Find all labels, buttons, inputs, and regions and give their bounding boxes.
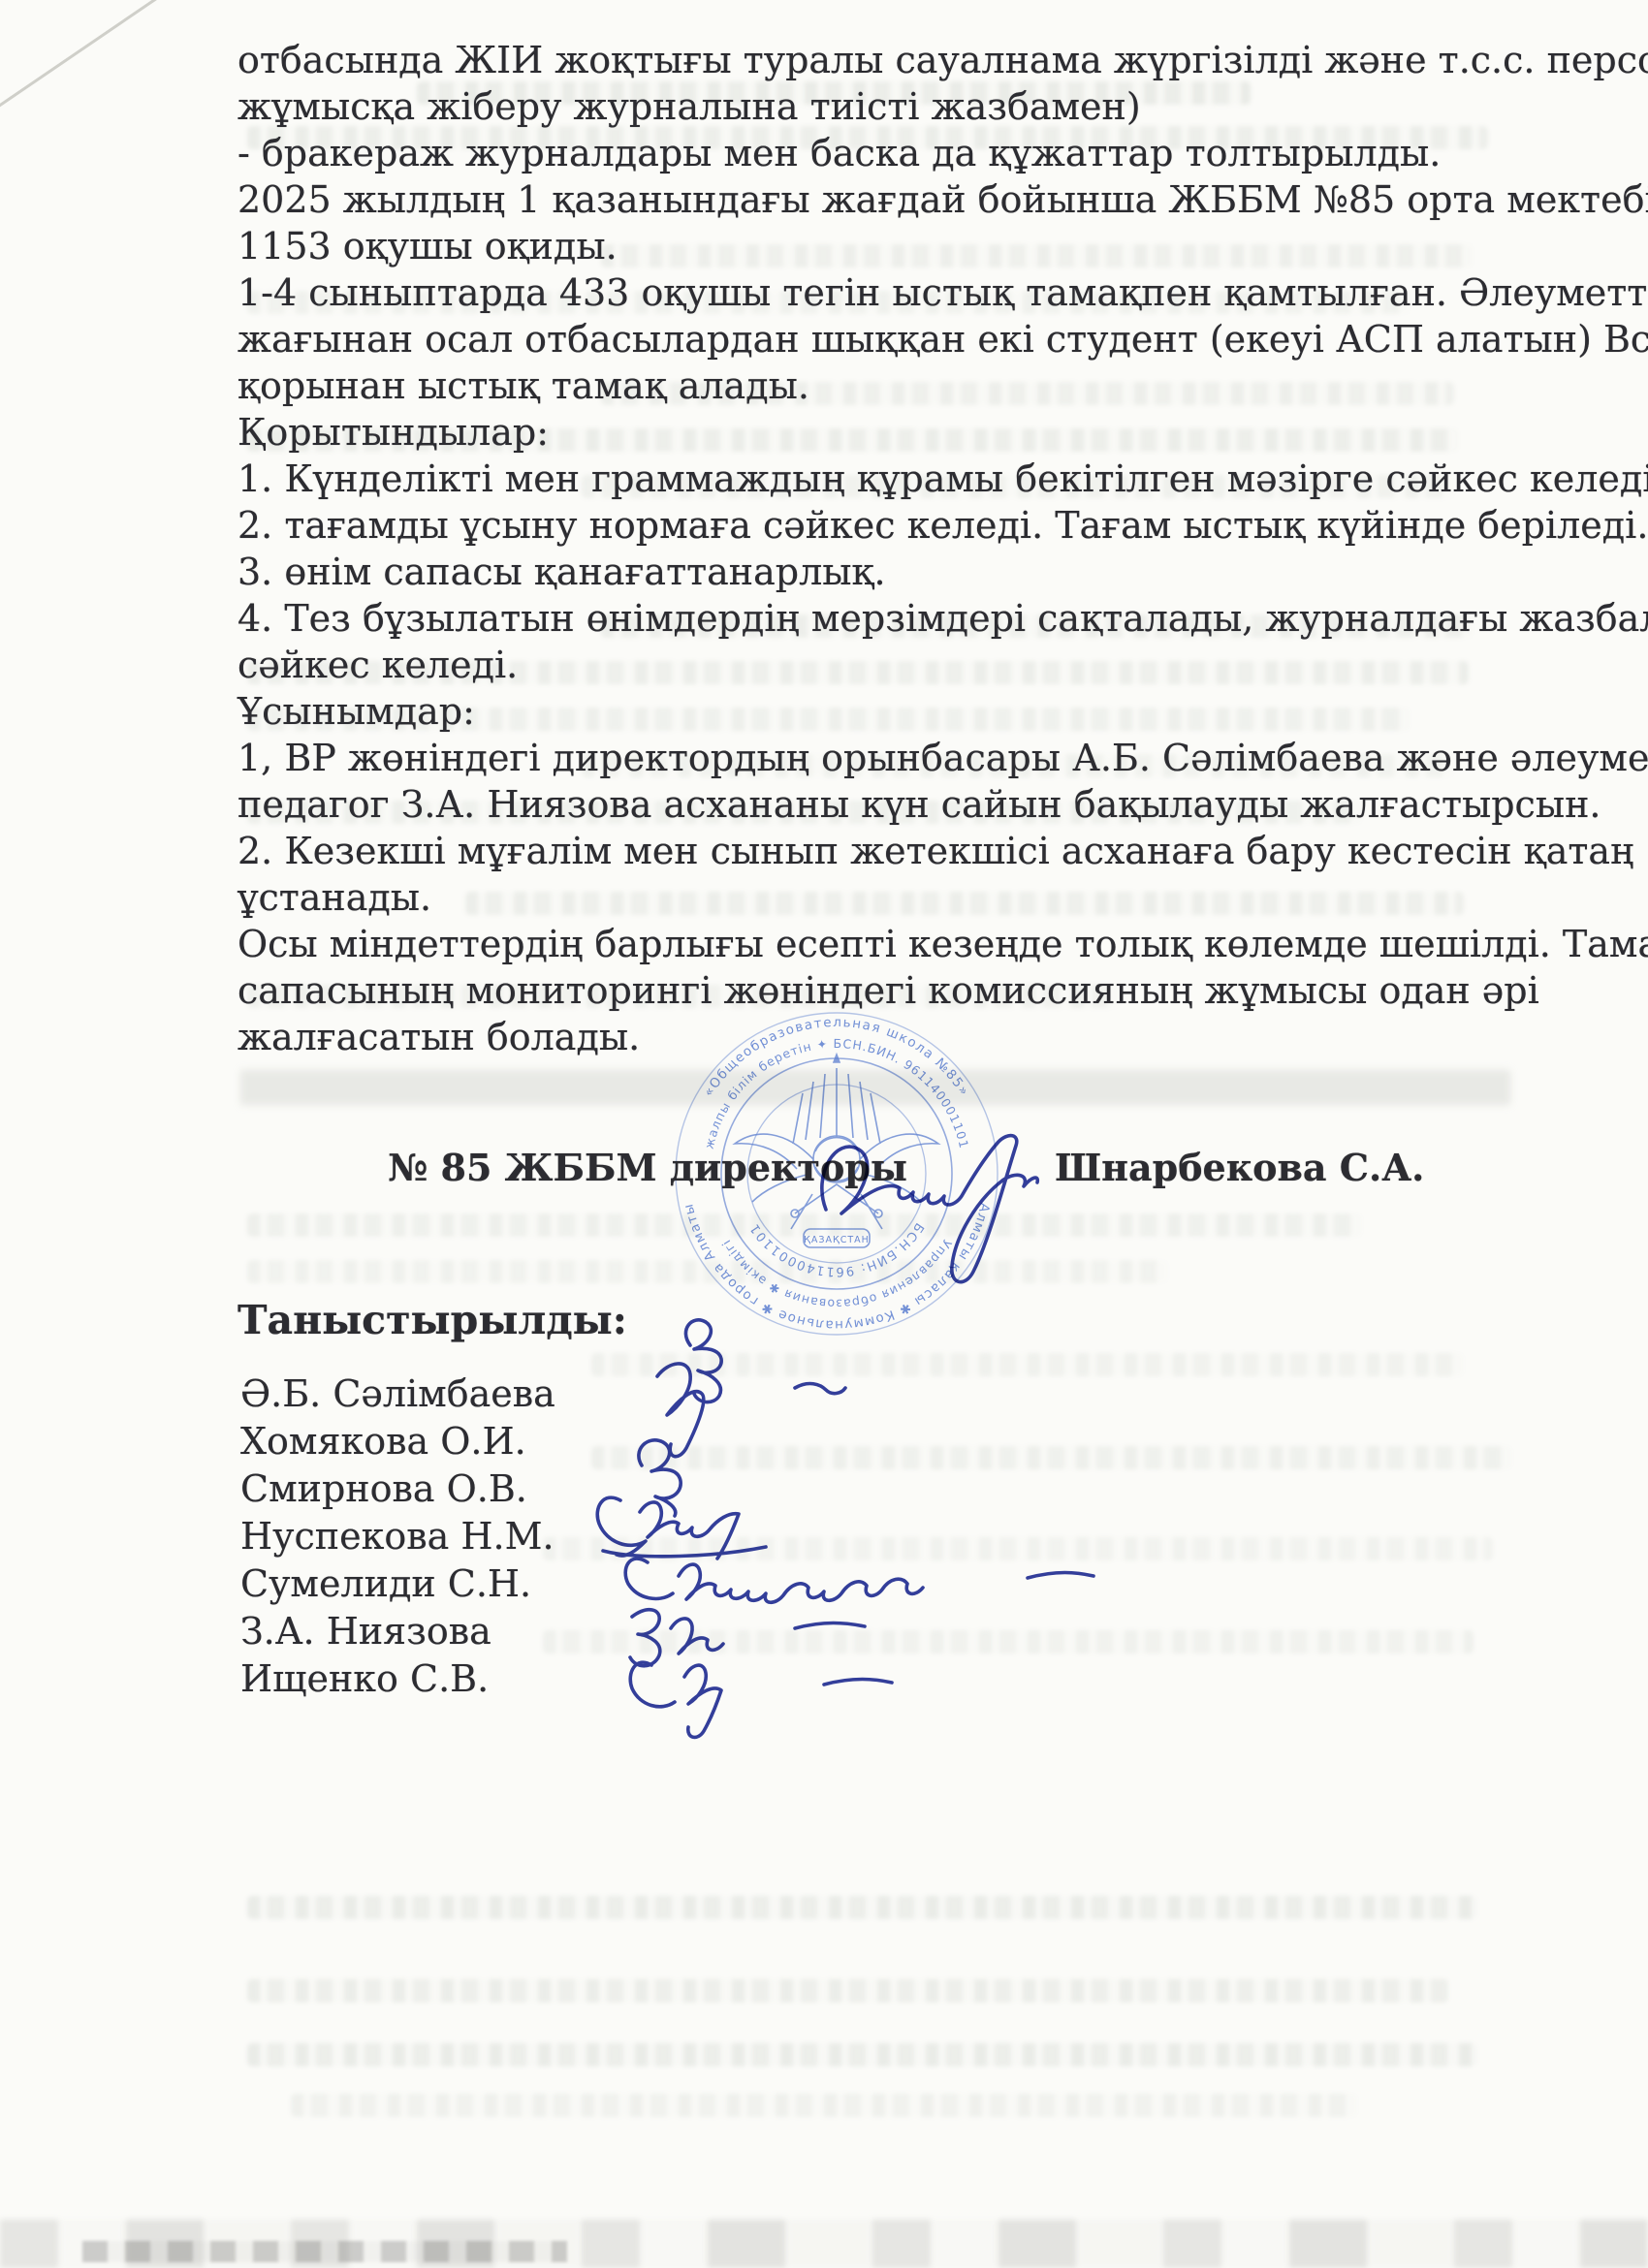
body-line: 3. өнім сапасы қанағаттанарлық. <box>238 549 886 595</box>
body-line: ұстанады. <box>238 874 431 921</box>
bleed-through-line <box>247 1896 1478 1919</box>
director-signature-row: № 85 ЖББМ директоры Шнарбекова С.А. <box>0 1146 1648 1204</box>
signature-ishchenko-dash <box>824 1680 892 1685</box>
body-line: 1-4 сыныптарда 433 оқушы тегін ыстық там… <box>238 269 1648 316</box>
signature-ishchenko <box>630 1662 721 1737</box>
page-fold-line <box>0 0 163 109</box>
body-line: Қорытындылар: <box>238 409 549 456</box>
scan-edge-artifact <box>82 2241 567 2262</box>
scanned-document-page: «Общеобразовательная школа №85» Алматы қ… <box>0 0 1648 2268</box>
signature-sumelidi <box>625 1559 923 1602</box>
bleed-through-line <box>543 1630 1474 1654</box>
body-line: сәйкес келеді. <box>238 642 518 688</box>
signature-khomyakova <box>657 1364 704 1457</box>
bleed-through-line <box>291 2094 1357 2117</box>
signatory-name: Ищенко С.В. <box>240 1657 489 1700</box>
emblem-star-icon <box>834 1055 840 1062</box>
bleed-through-line <box>247 2043 1478 2066</box>
signatory-name: Хомякова О.И. <box>240 1420 526 1463</box>
body-line: 2025 жылдың 1 қазанындағы жағдай бойынша… <box>238 176 1648 223</box>
signatory-name: Ә.Б. Сәлімбаева <box>240 1372 555 1415</box>
bleed-through-line <box>543 1537 1493 1560</box>
body-line: Осы міндеттердің барлығы есепті кезеңде … <box>238 921 1648 967</box>
body-line: 1, ВР жөніндегі директордың орынбасары А… <box>238 735 1648 781</box>
body-line: - бракераж журналдары мен баска да құжат… <box>238 130 1441 176</box>
body-line: Ұсынымдар: <box>238 688 475 735</box>
bleed-through-line <box>601 244 1474 268</box>
body-line: 1153 оқушы оқиды. <box>238 223 618 269</box>
signatory-name: Нуспекова Н.М. <box>240 1515 555 1558</box>
bleed-through-line <box>465 892 1464 915</box>
body-line: сапасының мониторингі жөніндегі комиссия… <box>238 967 1539 1014</box>
body-line: отбасында ЖІИ жоқтығы туралы сауалнама ж… <box>238 37 1648 83</box>
signatory-name: З.А. Ниязова <box>240 1610 491 1653</box>
acknowledged-heading: Таныстырылды: <box>238 1297 627 1343</box>
body-line: 1. Күнделікті мен граммаждың құрамы бекі… <box>238 456 1648 502</box>
signature-khomyakova-flourish <box>795 1384 845 1394</box>
body-line: қорынан ыстық тамақ алады. <box>238 362 809 409</box>
body-line: жұмысқа жіберу журналына тиісті жазбамен… <box>238 83 1141 130</box>
body-line: жағынан осал отбасылардан шыққан екі сту… <box>238 316 1648 362</box>
director-name: Шнарбекова С.А. <box>1055 1146 1424 1189</box>
signatory-name: Сумелиди С.Н. <box>240 1562 531 1605</box>
signature-sumelidi-dash <box>1028 1573 1093 1579</box>
body-line: 4. Тез бұзылатын өнімдердің мерзімдері с… <box>238 595 1648 642</box>
stamp-center-label: ҚАЗАҚСТАН <box>804 1235 870 1245</box>
bleed-through-line <box>247 1979 1449 2002</box>
signatory-name: Смирнова О.В. <box>240 1467 527 1510</box>
body-line: педагог З.А. Ниязова асхананы күн сайын … <box>238 781 1600 828</box>
director-title: № 85 ЖББМ директоры <box>388 1146 907 1189</box>
body-line: жалғасатын болады. <box>238 1014 640 1060</box>
bleed-through-line <box>591 1446 1512 1469</box>
body-line: 2. тағамды ұсыну нормаға сәйкес келеді. … <box>238 502 1648 549</box>
bleed-through-line <box>591 1353 1464 1376</box>
signature-niyazova-dash <box>795 1623 865 1629</box>
body-line: 2. Кезекші мұғалім мен сынып жетекшісі а… <box>238 828 1633 874</box>
